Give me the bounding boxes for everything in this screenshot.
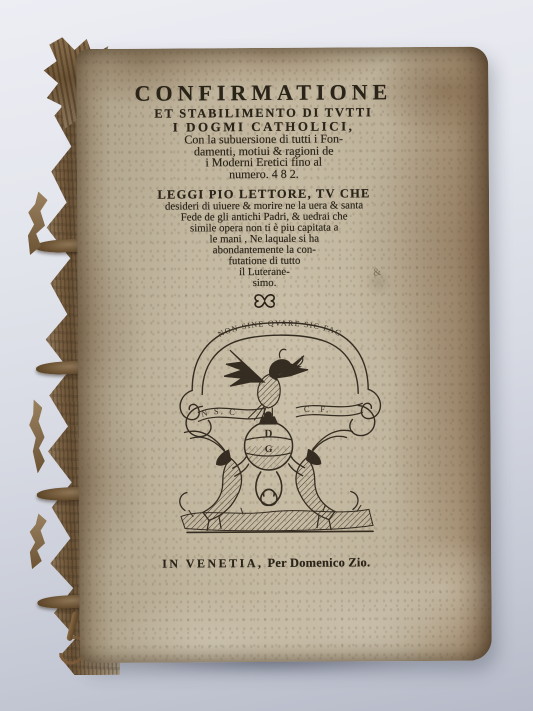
printer-device-woodcut: NON SINE QVARE SIC FAC N S. C C. F. — [172, 319, 389, 540]
imprint-printer: Per Domenico Zio. — [267, 555, 370, 570]
ribbon-tail-loops — [256, 472, 282, 506]
orb-letter-bottom: G — [265, 444, 273, 455]
address-line: simo. — [78, 277, 452, 290]
title-page-text: CONFIRMATIONE ET STABILIMENTO DI TVTTI I… — [76, 81, 451, 315]
antique-book: CONFIRMATIONE ET STABILIMENTO DI TVTTI I… — [26, 41, 498, 674]
faint-ink-inscription: & — [362, 265, 396, 299]
motto-banner — [180, 322, 381, 437]
orb-letter-top: D — [264, 428, 272, 440]
photo-backdrop: CONFIRMATIONE ET STABILIMENTO DI TVTTI I… — [0, 0, 533, 711]
ribbon-right-text: C. F. — [304, 403, 331, 414]
subtitle-line: numero. 4 8 2. — [77, 167, 451, 181]
imprint-place: IN VENETIA, — [162, 556, 263, 571]
title-page: CONFIRMATIONE ET STABILIMENTO DI TVTTI I… — [76, 47, 492, 664]
knot-ornament-icon — [78, 292, 452, 315]
spine-cord-fragment — [25, 513, 47, 570]
orb-with-initials: D G — [244, 422, 292, 470]
imprint-line: IN VENETIA, Per Domenico Zio. — [79, 553, 453, 573]
main-title: CONFIRMATIONE — [76, 81, 450, 105]
motto-text: NON SINE QVARE SIC FAC — [216, 319, 343, 339]
spine-cord-fragment — [26, 399, 48, 474]
